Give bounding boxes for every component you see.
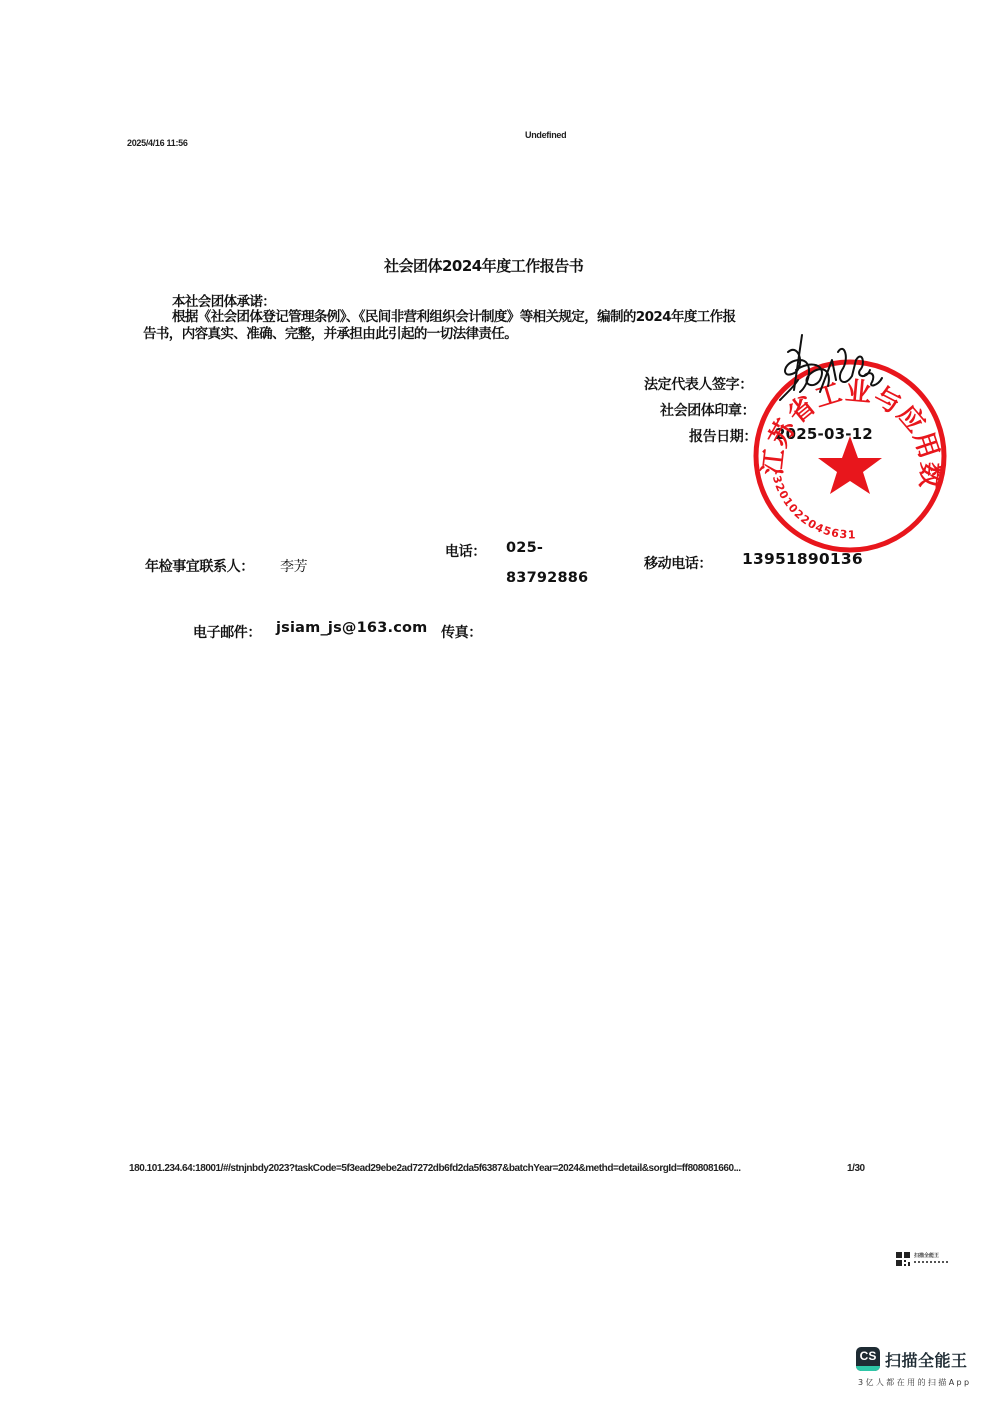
seal-ring bbox=[756, 362, 944, 550]
scanner-watermark-small-slogan bbox=[914, 1261, 948, 1263]
fax-label: 传真： bbox=[441, 622, 482, 642]
print-page-indicator: 1/30 bbox=[847, 1163, 865, 1174]
email-label: 电子邮件： bbox=[193, 622, 261, 642]
camscanner-logo-stripe bbox=[856, 1366, 880, 1371]
print-datetime: 2025/4/16 11:56 bbox=[127, 138, 188, 148]
camscanner-logo-icon: CS bbox=[856, 1347, 880, 1371]
seal-organization-text: 江苏省工业与应用数学学会 bbox=[750, 358, 945, 490]
handwritten-signature bbox=[770, 330, 890, 410]
star-icon bbox=[818, 436, 882, 494]
phone-value-line-1: 025- bbox=[506, 540, 543, 556]
camscanner-logo-text: CS bbox=[856, 1349, 880, 1363]
qr-code-icon bbox=[896, 1252, 910, 1266]
mobile-label: 移动电话： bbox=[644, 553, 712, 573]
report-date-value: 2025-03-12 bbox=[775, 425, 873, 443]
signature-label: 法定代表人签字： bbox=[644, 374, 753, 394]
seal-code-text: 3201022045631 bbox=[770, 474, 857, 541]
mobile-value: 13951890136 bbox=[742, 550, 863, 568]
camscanner-slogan: 3亿人都在用的扫描App bbox=[858, 1377, 972, 1388]
camscanner-app-name: 扫描全能王 bbox=[885, 1348, 968, 1371]
pledge-line-2: 告书，内容真实、准确、完整，并承担由此引起的一切法律责任。 bbox=[143, 322, 517, 342]
phone-value-line-2: 83792886 bbox=[506, 570, 588, 586]
scanner-watermark-small-label: 扫描全能王 bbox=[914, 1252, 939, 1259]
email-value: jsiam_js@163.com bbox=[276, 620, 427, 636]
document-title: 社会团体2024年度工作报告书 bbox=[384, 255, 583, 276]
seal-label: 社会团体印章： bbox=[660, 400, 755, 420]
print-page-title: Undefined bbox=[525, 130, 566, 140]
contact-person-value: 李芳 bbox=[280, 556, 307, 576]
phone-label: 电话： bbox=[445, 541, 486, 561]
report-date-label: 报告日期： bbox=[689, 426, 757, 446]
official-seal: 江苏省工业与应用数学学会 3201022045631 bbox=[750, 358, 950, 558]
contact-person-label: 年检事宜联系人： bbox=[145, 556, 254, 576]
print-url: 180.101.234.64:18001/#/stnjnbdy2023?task… bbox=[129, 1163, 741, 1174]
